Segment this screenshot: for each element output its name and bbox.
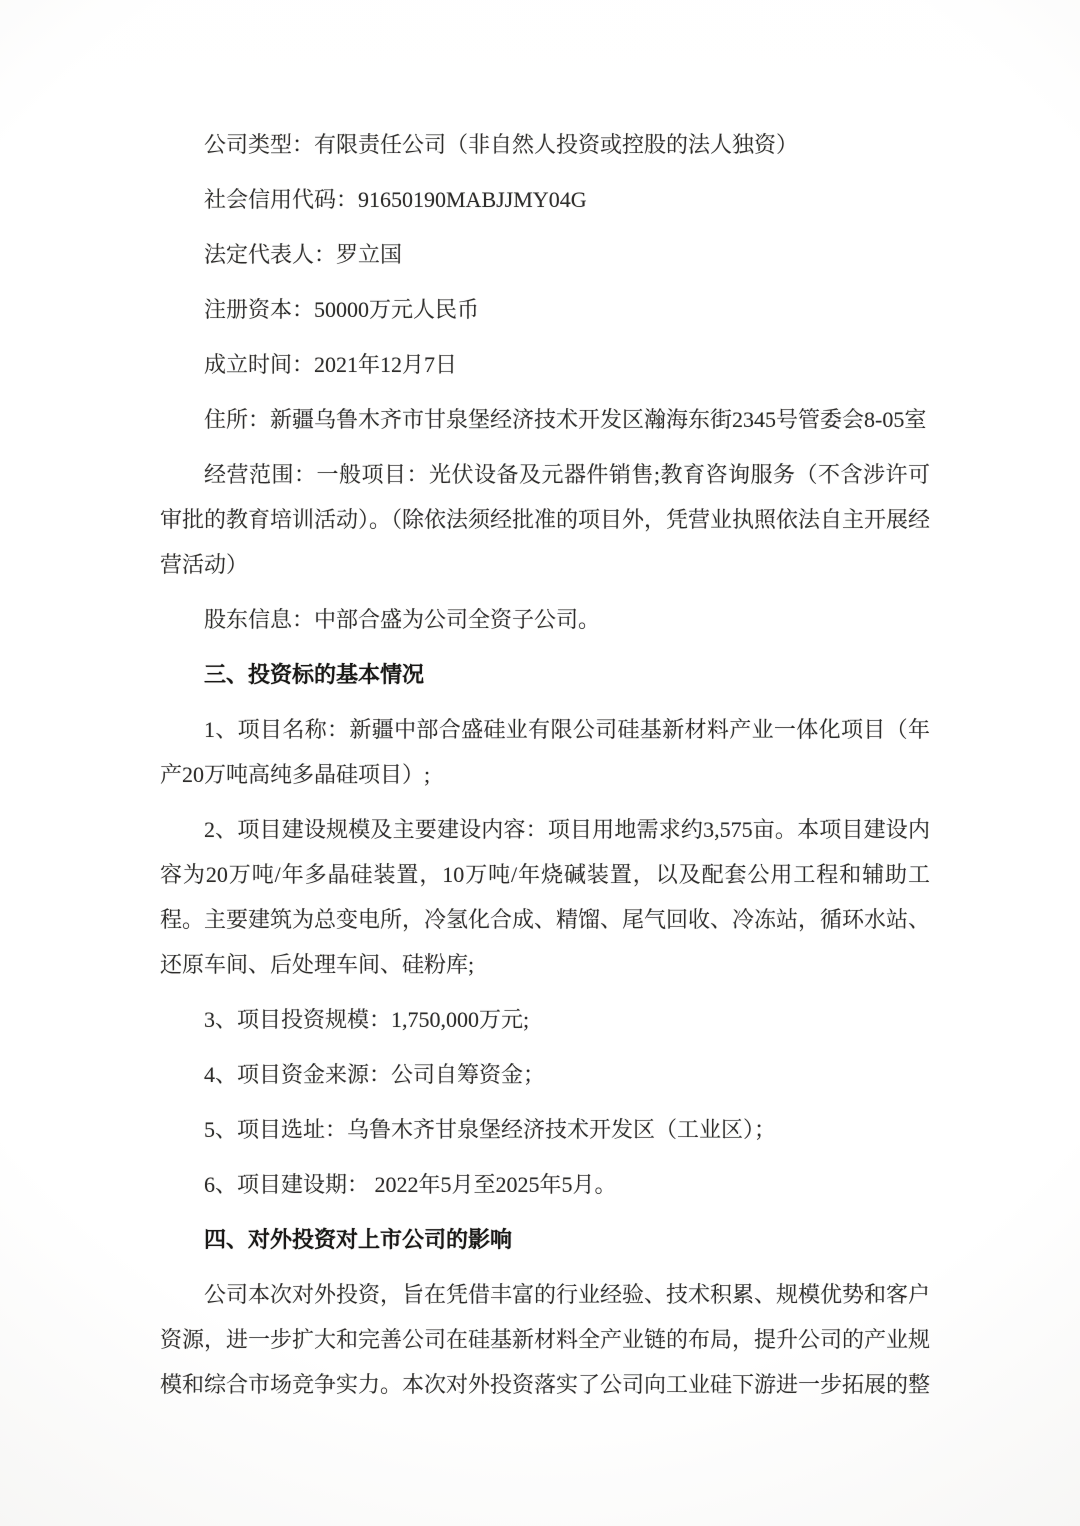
- impact-paragraph: 公司本次对外投资，旨在凭借丰富的行业经验、技术积累、规模优势和客户资源，进一步扩…: [160, 1272, 930, 1407]
- document-page: 公司类型：有限责任公司（非自然人投资或控股的法人独资） 社会信用代码：91650…: [0, 0, 1080, 1526]
- project-scale-item: 2、项目建设规模及主要建设内容：项目用地需求约3,575亩。本项目建设内容为20…: [160, 807, 930, 987]
- credit-code-line: 社会信用代码：91650190MABJJMY04G: [160, 177, 930, 222]
- project-period-item: 6、项目建设期： 2022年5月至2025年5月。: [160, 1162, 930, 1207]
- address-line: 住所：新疆乌鲁木齐市甘泉堡经济技术开发区瀚海东街2345号管委会8-05室: [160, 397, 930, 442]
- registered-capital-line: 注册资本：50000万元人民币: [160, 287, 930, 332]
- project-name-item: 1、项目名称：新疆中部合盛硅业有限公司硅基新材料产业一体化项目（年产20万吨高纯…: [160, 707, 930, 797]
- company-type-line: 公司类型：有限责任公司（非自然人投资或控股的法人独资）: [160, 122, 930, 167]
- project-location-item: 5、项目选址：乌鲁木齐甘泉堡经济技术开发区（工业区）；: [160, 1107, 930, 1152]
- establishment-date-line: 成立时间：2021年12月7日: [160, 342, 930, 387]
- business-scope-paragraph: 经营范围：一般项目：光伏设备及元器件销售;教育咨询服务（不含涉许可审批的教育培训…: [160, 452, 930, 587]
- shareholder-info-line: 股东信息：中部合盛为公司全资子公司。: [160, 597, 930, 642]
- legal-representative-line: 法定代表人：罗立国: [160, 232, 930, 277]
- section-heading-impact: 四、对外投资对上市公司的影响: [160, 1217, 930, 1262]
- project-investment-item: 3、项目投资规模：1,750,000万元;: [160, 997, 930, 1042]
- project-funding-item: 4、项目资金来源：公司自筹资金；: [160, 1052, 930, 1097]
- section-heading-investment-target: 三、投资标的基本情况: [160, 652, 930, 697]
